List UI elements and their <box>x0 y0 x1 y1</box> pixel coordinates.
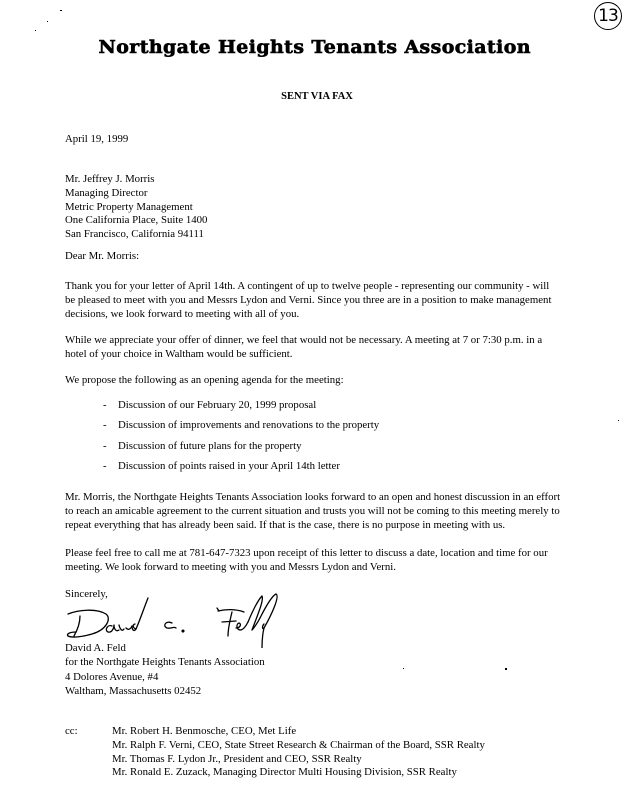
recipient-line: Managing Director <box>65 186 207 200</box>
paragraph-line: repeat everything that has already been … <box>65 518 625 532</box>
sender-line: for the Northgate Heights Tenants Associ… <box>65 655 265 669</box>
bullet-dash: - <box>103 459 107 473</box>
cc-list: Mr. Robert H. Benmosche, CEO, Met Life M… <box>112 724 485 779</box>
sender-line: David A. Feld <box>65 641 265 655</box>
paragraph-line: be pleased to meet with you and Messrs L… <box>65 293 625 307</box>
bullet-dash: - <box>103 439 107 453</box>
letterhead-title: Northgate Heights Tenants Association <box>0 38 630 58</box>
paragraph-1: Thank you for your letter of April 14th.… <box>65 279 625 320</box>
paragraph-4: Mr. Morris, the Northgate Heights Tenant… <box>65 490 625 531</box>
recipient-line: Metric Property Management <box>65 200 207 214</box>
agenda-item-text: Discussion of points raised in your Apri… <box>118 459 340 473</box>
recipient-address: Mr. Jeffrey J. Morris Managing Director … <box>65 172 207 241</box>
sender-line: Waltham, Massachusetts 02452 <box>65 684 265 698</box>
handwritten-signature <box>66 592 306 648</box>
paragraph-3: We propose the following as an opening a… <box>65 373 625 387</box>
scan-speck <box>618 420 619 421</box>
cc-recipient: Mr. Robert H. Benmosche, CEO, Met Life <box>112 724 485 738</box>
agenda-item-text: Discussion of future plans for the prope… <box>118 439 302 453</box>
paragraph-2: While we appreciate your offer of dinner… <box>65 333 625 361</box>
paragraph-5: Please feel free to call me at 781-647-7… <box>65 546 625 574</box>
scan-speck <box>35 30 36 31</box>
sender-line: 4 Dolores Avenue, #4 <box>65 670 265 684</box>
page-number-circle: 13 <box>594 2 622 30</box>
paragraph-line: meeting. We look forward to meeting with… <box>65 560 625 574</box>
paragraph-line: hotel of your choice in Waltham would be… <box>65 347 625 361</box>
paragraph-line: to reach an amicable agreement to the cu… <box>65 504 625 518</box>
agenda-item-text: Discussion of improvements and renovatio… <box>118 418 379 432</box>
paragraph-line: Please feel free to call me at 781-647-7… <box>65 546 625 560</box>
recipient-line: Mr. Jeffrey J. Morris <box>65 172 207 186</box>
cc-label: cc: <box>65 724 78 738</box>
paragraph-line: Mr. Morris, the Northgate Heights Tenant… <box>65 490 625 504</box>
sender-block: David A. Feld for the Northgate Heights … <box>65 641 265 698</box>
letter-date: April 19, 1999 <box>65 132 128 146</box>
cc-recipient: Mr. Ralph F. Verni, CEO, State Street Re… <box>112 738 485 752</box>
cc-recipient: Mr. Ronald E. Zuzack, Managing Director … <box>112 765 485 779</box>
fax-note: SENT VIA FAX <box>0 91 630 102</box>
paragraph-line: decisions, we look forward to meeting wi… <box>65 307 625 321</box>
salutation: Dear Mr. Morris: <box>65 249 139 263</box>
fax-letter-page: 13 Northgate Heights Tenants Association… <box>0 0 630 808</box>
scan-speck <box>47 21 48 22</box>
bullet-dash: - <box>103 418 107 432</box>
paragraph-line: While we appreciate your offer of dinner… <box>65 333 625 347</box>
paragraph-line: Thank you for your letter of April 14th.… <box>65 279 625 293</box>
scan-speck <box>60 10 62 11</box>
agenda-item-text: Discussion of our February 20, 1999 prop… <box>118 398 316 412</box>
scan-speck <box>505 668 507 670</box>
bullet-dash: - <box>103 398 107 412</box>
scan-speck <box>403 668 404 669</box>
cc-recipient: Mr. Thomas F. Lydon Jr., President and C… <box>112 752 485 766</box>
recipient-line: One California Place, Suite 1400 <box>65 213 207 227</box>
recipient-line: San Francisco, California 94111 <box>65 227 207 241</box>
